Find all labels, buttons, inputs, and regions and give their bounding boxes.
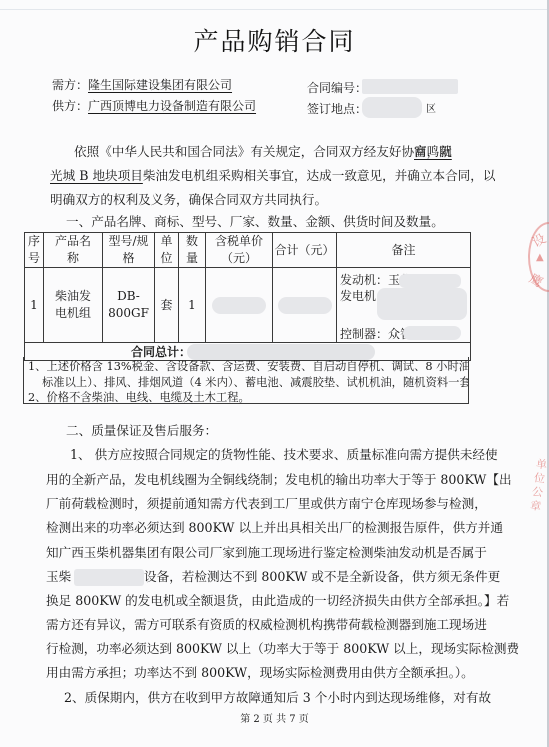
redacted-contract-no xyxy=(362,79,458,94)
seam-seal-stamp: 单位公章 xyxy=(529,457,549,514)
s2-p1-line-5: 知广西玉柴机器集团有限公司厂家到施工现场进行鉴定检测柴油发动机是否属于 xyxy=(46,541,487,565)
scan-edge-line xyxy=(0,9,547,10)
cell-remark: 发动机：玉柴 发电机： 控制器：众智 xyxy=(337,268,471,343)
price-notes-box: 1、上述价格含 13%税金、含设备款、含运费、安装费、自启动自停机、调试、8 小… xyxy=(23,357,469,404)
s2-p1-line-6a: 玉柴 xyxy=(46,565,71,589)
cell-unit: 套 xyxy=(155,268,179,343)
redacted-controller xyxy=(403,326,461,340)
redacted-sign-place xyxy=(362,97,422,118)
contract-page: 产品购销合同 需方：隆生国际建设集团有限公司 供方：广西顶博电力设备制造有限公司… xyxy=(0,0,549,747)
supplier-label: 供方： xyxy=(52,99,88,113)
redacted-price xyxy=(212,297,266,314)
s2-p1-line-9: 行检测，功率必须达到 800KW 以上（功率大于等于 800KW 以上，现场实际… xyxy=(46,637,519,661)
section1-heading: 一、产品名牌、商标、型号、厂家、数量、金额、供货时间及数量。 xyxy=(66,210,444,234)
product-table: 序号 产品名称 型号/规格 单位 数量 含税单价（元） 合计（元） 备注 1 柴… xyxy=(24,232,471,361)
s2-p1-line-2: 用的全新产品，发电机线圈为全铜线绕制；发电机的输出功率大于等于 800KW【出 xyxy=(46,468,512,492)
header-price: 含税单价（元） xyxy=(206,233,273,268)
header-unit: 单位 xyxy=(155,233,179,268)
cell-name: 柴油发电机组 xyxy=(44,268,103,343)
buyer-label: 需方： xyxy=(52,78,88,92)
supplier-line: 供方：广西顶博电力设备制造有限公司 xyxy=(52,97,278,114)
cell-price xyxy=(206,268,273,343)
header-qty: 数量 xyxy=(179,233,206,268)
supplier-name: 广西顶博电力设备制造有限公司 xyxy=(88,99,278,113)
header-model: 型号/规格 xyxy=(103,233,155,268)
cell-seq: 1 xyxy=(25,268,44,343)
cell-total xyxy=(273,268,337,343)
note-1-line-1: 1、上述价格含 13%税金、含设备款、含运费、安装费、自启动自停机、调试、8 小… xyxy=(28,359,468,375)
project-name-b: 光城 B 地块项目 xyxy=(50,168,143,183)
intro-line-2: 光城 B 地块项目柴油发电机组采购相关事宜，达成一致意见，并确立本合同，以 xyxy=(50,164,495,188)
intro-line-1: 依照《中华人民共和国合同法》有关规定，合同双方经友好协商，就 xyxy=(74,140,452,164)
cell-model: DB-800GF xyxy=(103,268,155,343)
cell-qty: 1 xyxy=(179,268,206,343)
redacted-total xyxy=(278,297,332,314)
section2-heading: 二、质量保证及售后服务： xyxy=(66,419,217,443)
page-number: 第 2 页 共 7 页 xyxy=(0,710,549,725)
s2-p1-line-10: 用由需方承担；功率达不到 800KW，现场实际检测费用由供方全额承担。）。 xyxy=(46,661,474,685)
redacted-alternator xyxy=(377,288,467,320)
header-total: 合计（元） xyxy=(273,233,337,268)
s2-p1-line-1: 1、 供方应按照合同规定的货物性能、技术要求、质量标准向需方提供未经使 xyxy=(70,443,498,467)
sign-place-label: 签订地点： xyxy=(307,102,367,116)
s2-p1-line-8: 需方还有异议，需方可联系有资质的权威检测机构携带荷载检测器到施工现场进 xyxy=(46,613,487,637)
header-remark: 备注 xyxy=(337,233,471,268)
s2-p1-line-6b: 设备，若检测达不到 800KW 或不是全新设备，供方须无条件更 xyxy=(144,565,500,589)
intro-line-3: 明确双方的权利及义务，确保合同双方共同执行。 xyxy=(50,188,327,212)
header-seq: 序号 xyxy=(25,233,44,268)
table-row: 1 柴油发电机组 DB-800GF 套 1 发动机：玉柴 发电机： 控制器：众智 xyxy=(25,268,471,343)
buyer-line: 需方：隆生国际建设集团有限公司 xyxy=(52,76,254,93)
sign-place-suffix: 区 xyxy=(426,100,436,115)
buyer-name: 隆生国际建设集团有限公司 xyxy=(88,78,254,92)
redacted-engine xyxy=(399,274,461,288)
note-2: 2、价格不含柴油、电线、电缆及土木工程。 xyxy=(28,390,468,404)
contract-no-line: 合同编号： xyxy=(307,79,367,96)
header-name: 产品名称 xyxy=(44,233,103,268)
project-name-a: 富鸣阳 xyxy=(414,140,452,164)
sign-place-line: 签订地点： xyxy=(307,100,367,117)
intro-text: 依照《中华人民共和国合同法》有关规定，合同双方经友好协商，就 xyxy=(74,144,452,159)
document-title: 产品购销合同 xyxy=(0,22,549,58)
s2-p1-line-3: 厂前荷载检测时，须提前通知需方代表到工厂里或供方南宁仓库现场参与检测， xyxy=(46,492,487,516)
contract-no-label: 合同编号： xyxy=(307,81,367,95)
s2-p1-line-4: 检测出来的功率必须达到 800KW 以上并出具相关出厂的检测报告原件，供方并通 xyxy=(46,516,503,540)
s2-p2-line-1: 2、质保期内，供方在收到甲方故障通知后 3 个小时内到达现场维修，对有故 xyxy=(64,686,491,710)
redacted-brand xyxy=(74,569,144,586)
s2-p1-line-7: 换足 800KW 的发电机或全额退货，由此造成的一切经济损失由供方全部承担。】若 xyxy=(46,589,509,613)
seal-star-icon: ▲ xyxy=(536,252,544,263)
table-header-row: 序号 产品名称 型号/规格 单位 数量 含税单价（元） 合计（元） 备注 xyxy=(25,233,471,268)
note-1-line-2: 标准以上）、排风、排烟风道（4 米内）、蓄电池、减震胶垫、试机机油，随机资料一套… xyxy=(28,375,468,391)
